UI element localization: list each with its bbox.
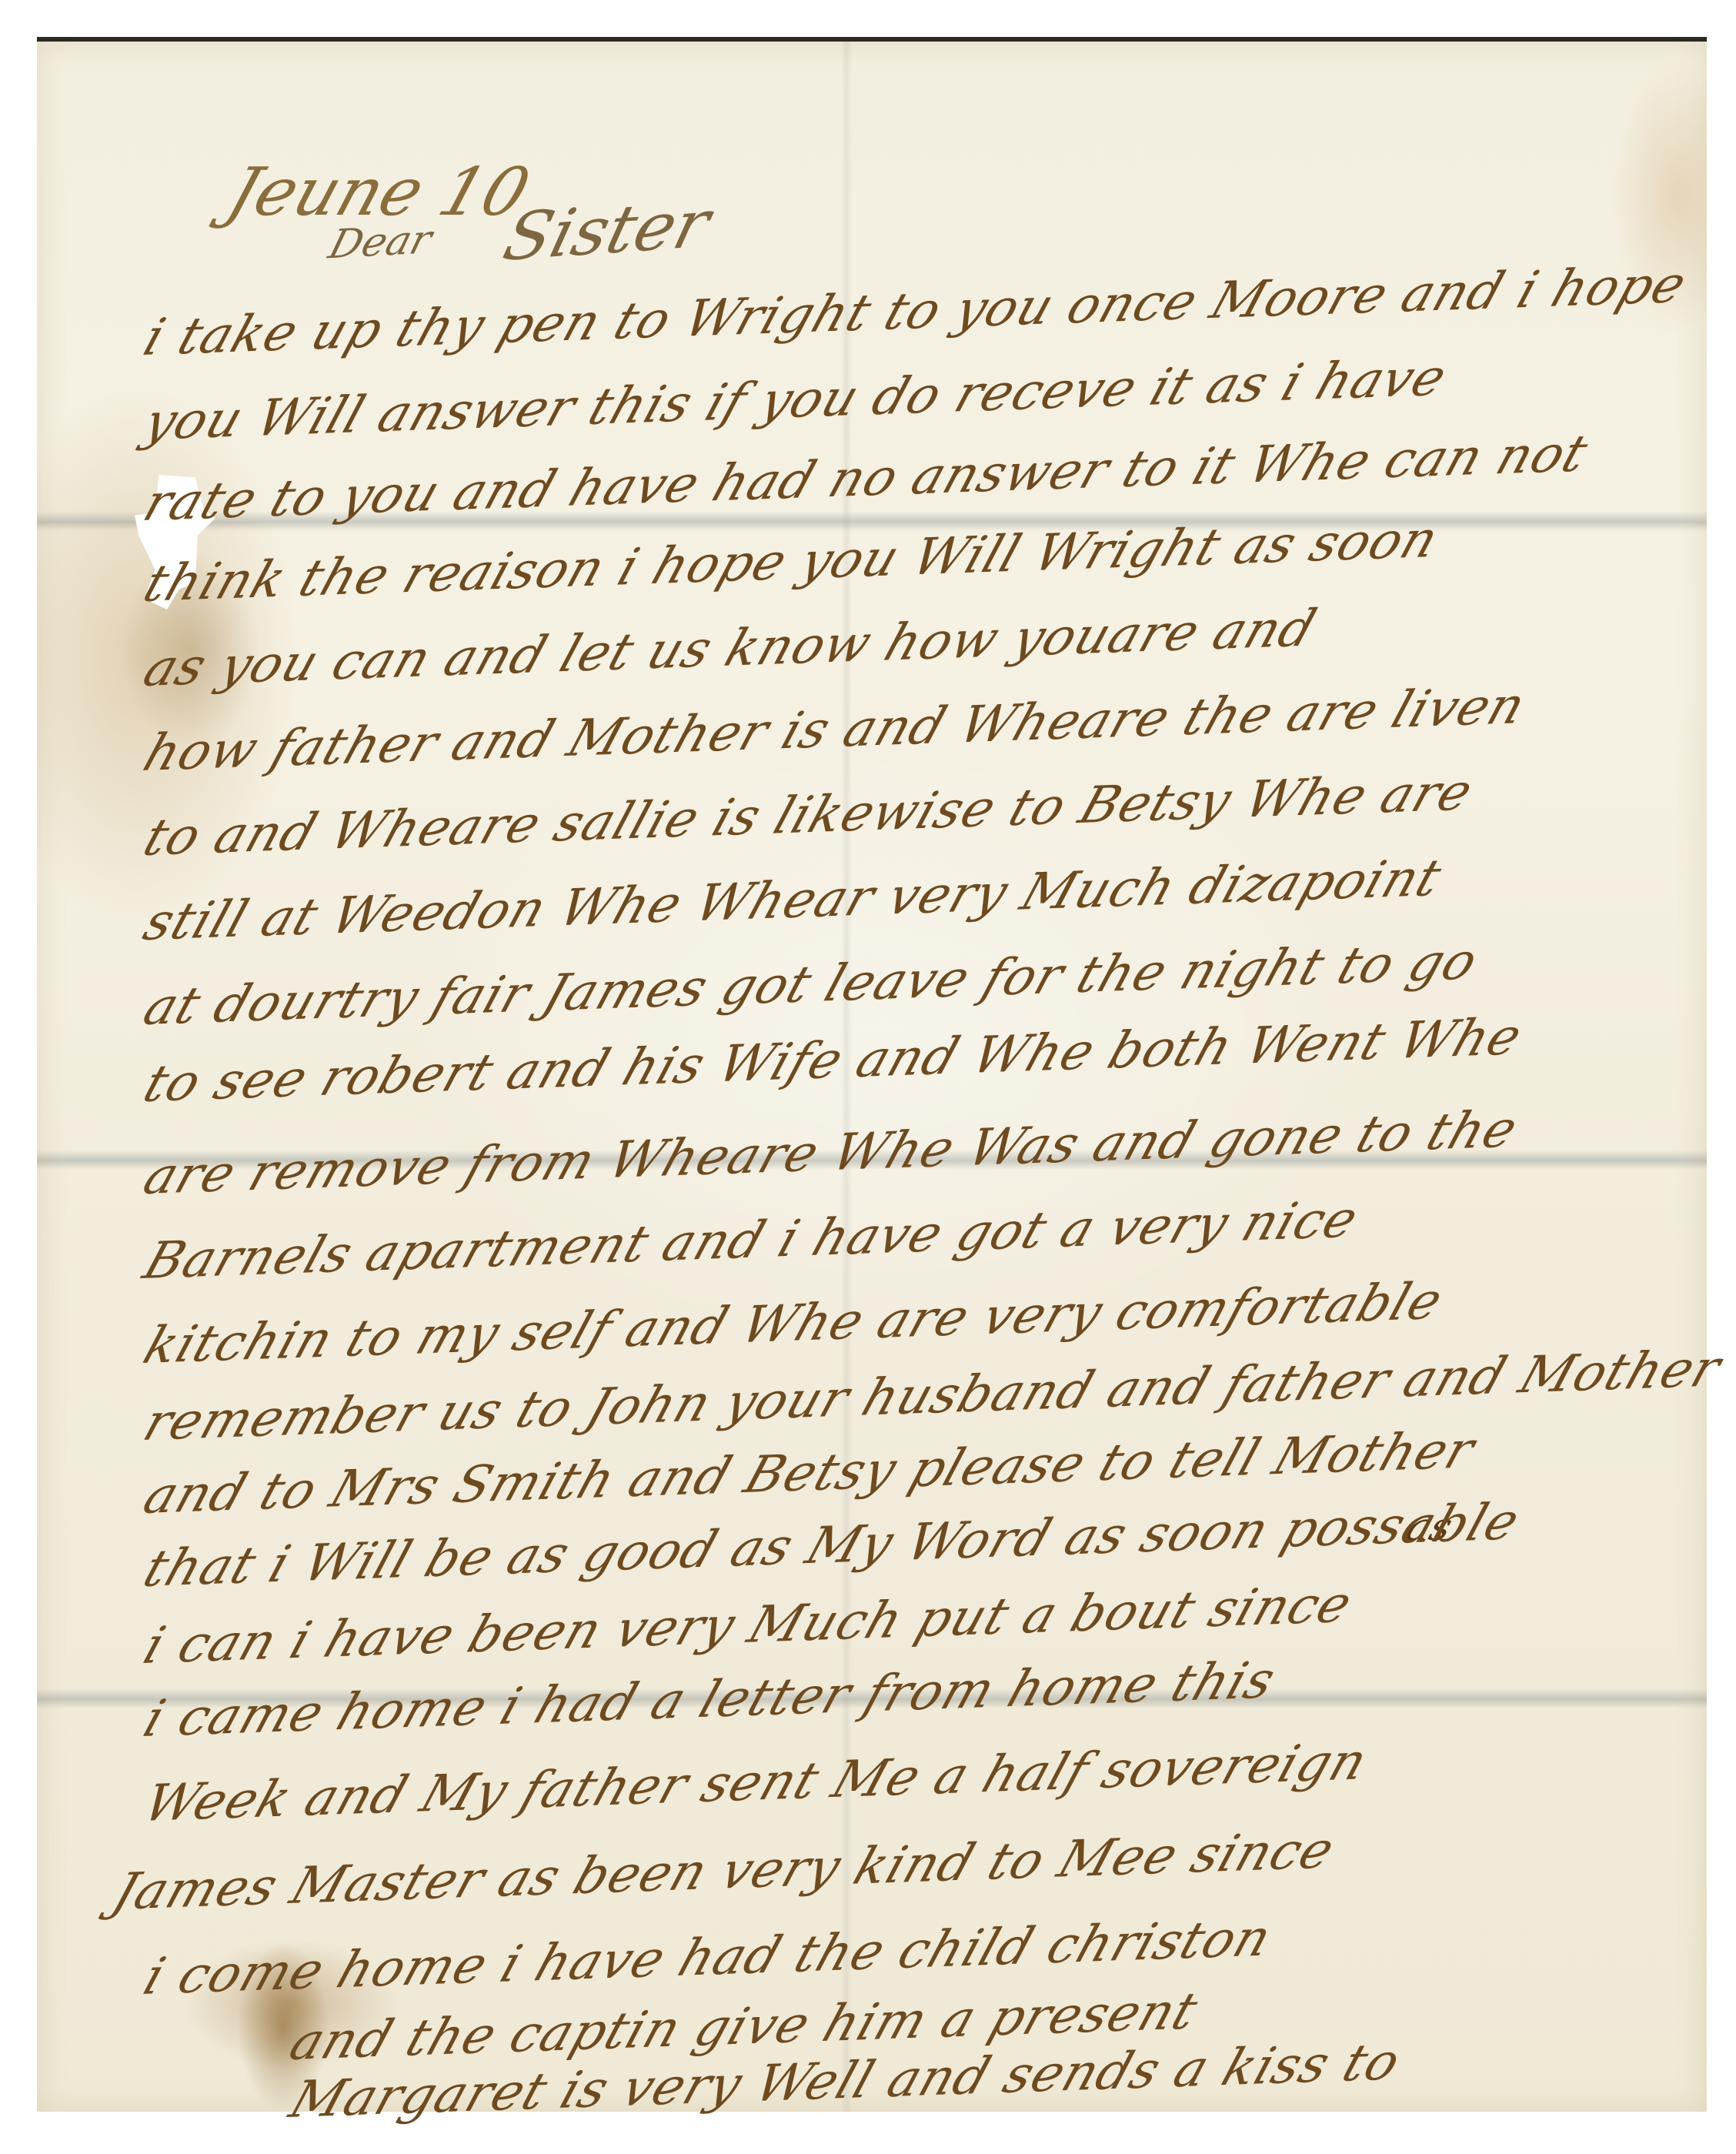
salutation-dear: Dear (324, 217, 437, 269)
salutation-sister: Sister (496, 185, 718, 276)
